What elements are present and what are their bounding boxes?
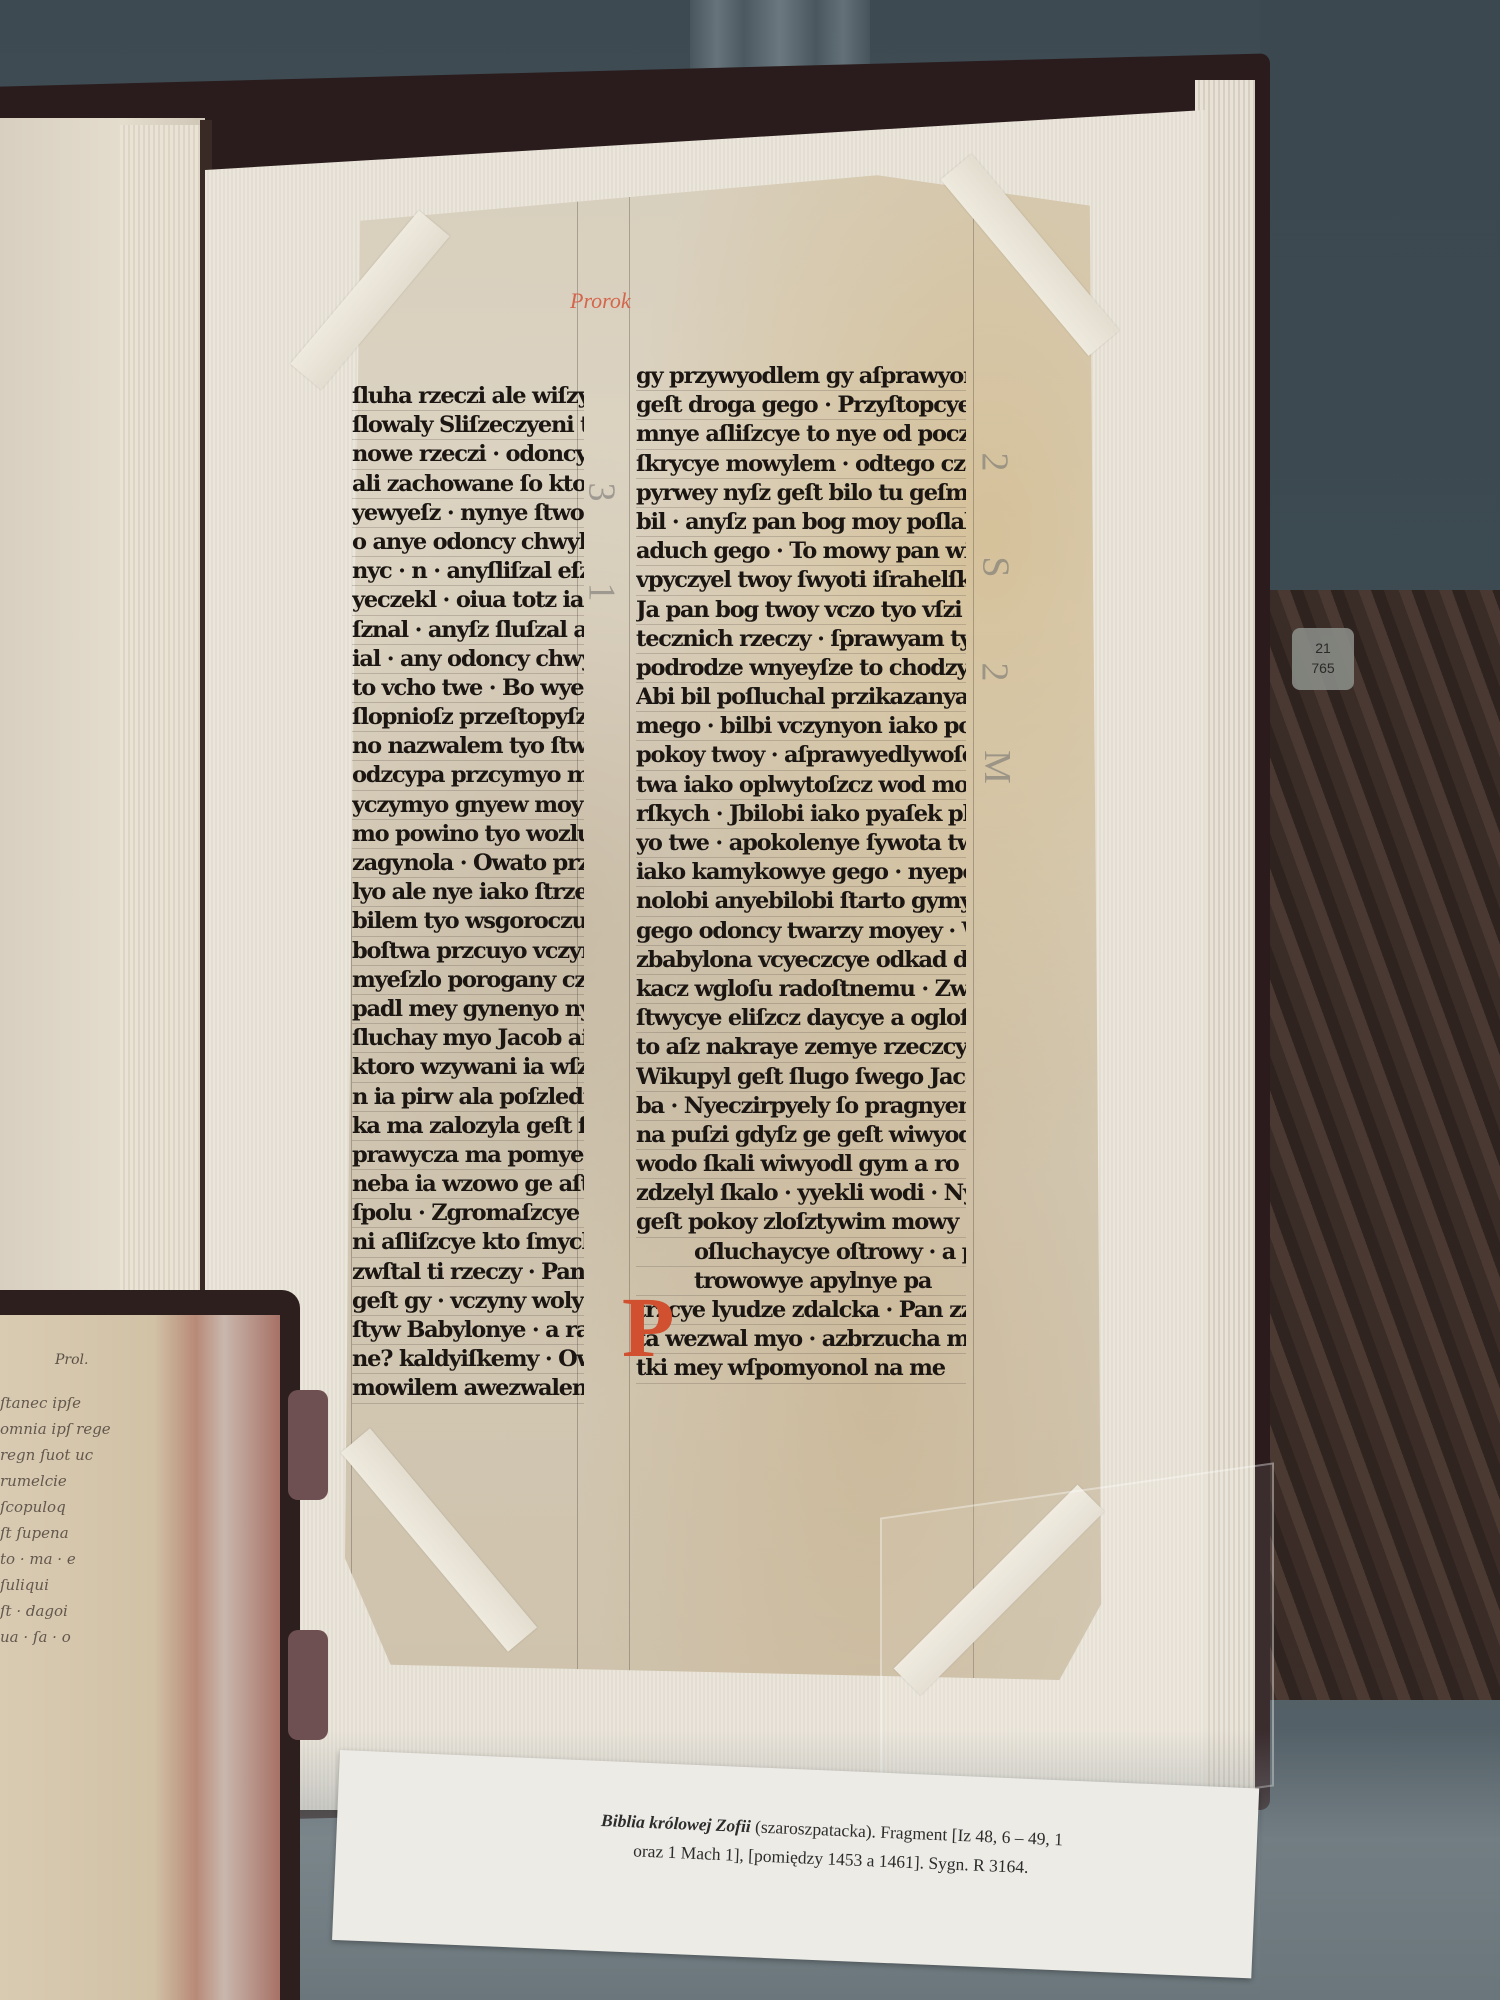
manuscript-line: gy przywyodlem gy aſprawyona xyxy=(636,362,966,391)
small-book-line: ſt · dagoi xyxy=(0,1598,180,1624)
manuscript-line: ſlowaly Sliſzeczyeni tobye xyxy=(352,411,584,440)
shelf-label-line: 21 xyxy=(1292,638,1354,658)
manuscript-line: geſt droga gego · Przyſtopcye ku xyxy=(636,391,966,420)
manuscript-line: n ia pirw ala poſzledny · xyxy=(352,1083,584,1112)
pencil-margin-mark: 2 xyxy=(973,453,1017,472)
small-book-line: ua · ſa · o xyxy=(0,1624,180,1650)
manuscript-line: yczymyo gnyew moy · achw xyxy=(352,791,584,820)
exhibit-caption: Biblia królowej Zofii (szaroszpatacka). … xyxy=(481,1801,1183,1888)
manuscript-line: yeczekl · oiua totz iaſu xyxy=(352,586,584,615)
manuscript-line: geſt pokoy zloſztywim mowy xyxy=(636,1208,966,1237)
manuscript-line: yewyeſz · nynye ſtworzo xyxy=(352,499,584,528)
small-book-text: ſtanec ipſe omnia ipſ rege regn ſuot uc … xyxy=(0,1390,180,1650)
ruling-line xyxy=(629,160,630,1680)
manuscript-line: wodo ſkali wiwyodl gym a ro xyxy=(636,1150,966,1179)
manuscript-line: na puſzi gdyſz ge geſt wiwyodl · xyxy=(636,1121,966,1150)
small-book-line: rumelcie xyxy=(0,1468,180,1494)
manuscript-line: kacz wgloſu radoſtnemu · Zwya xyxy=(636,975,966,1004)
small-book-header: Prol. xyxy=(55,1352,88,1368)
manuscript-line: nowe rzeczi · odoncy chwy xyxy=(352,440,584,469)
manuscript-line: boſtwa przcuyo vczynyo xyxy=(352,937,584,966)
ruling-line xyxy=(973,160,974,1680)
small-book-line: ſuliqui xyxy=(0,1572,180,1598)
manuscript-line: o anye odoncy chwyle pr xyxy=(352,528,584,557)
manuscript-line: trowowye apylnye pa xyxy=(636,1267,966,1296)
manuscript-line: zwſtal ti rzeczy · Pan mylo xyxy=(352,1258,584,1287)
pencil-margin-mark: 2 xyxy=(973,663,1017,682)
manuscript-line: iako kamykowye gego · nyepogy xyxy=(636,858,966,887)
exhibit-scene: 21 765 Prorok ſluha rzeczi ale wiſzyc ny… xyxy=(0,0,1500,2000)
manuscript-line: ali zachowane ſo ktorich xyxy=(352,470,584,499)
manuscript-line: oſluchaycye oſtrowy · a pan xyxy=(636,1238,966,1267)
manuscript-line: ſpolu · Zgromaſzcye ſo wſ xyxy=(352,1199,584,1228)
manuscript-line: ial · any odoncy chwyle ot xyxy=(352,645,584,674)
manuscript-rubric: Prorok xyxy=(570,288,631,314)
manuscript-line: to aſz nakraye zemye rzeczcye · xyxy=(636,1033,966,1062)
manuscript-line: zdzelyl ſkalo · yyekli wodi · Nye xyxy=(636,1179,966,1208)
background-book-shelf-label: 21 765 xyxy=(1292,628,1354,690)
manuscript-line: mego · bilbi vczynyon iako potok xyxy=(636,712,966,741)
manuscript-line: zbabylona vcyeczcye odkad dcyſ xyxy=(636,946,966,975)
small-book-line: regn ſuot uc xyxy=(0,1442,180,1468)
manuscript-line: gego odoncy twarzy moyey · Wiyc xyxy=(636,917,966,946)
manuscript-line: no nazwalem tyo ſtwego xyxy=(352,732,584,761)
exhibit-label-card: Biblia królowej Zofii (szaroszpatacka). … xyxy=(332,1750,1259,1978)
manuscript-line: trzcye lyudze zdalcka · Pan zzywo xyxy=(636,1296,966,1325)
pencil-margin-mark: 3 xyxy=(580,483,624,502)
manuscript-line: mowilem awezwalem xyxy=(352,1374,584,1403)
manuscript-line: ſznal · anyſz ſluſzal anyſz xyxy=(352,616,584,645)
manuscript-line: ſluchay myo Jacob aiſrahel xyxy=(352,1024,584,1053)
manuscript-line: bilem tyo wsgoroczu pye xyxy=(352,907,584,936)
manuscript-line: padl mey gynenyo nyedam xyxy=(352,995,584,1024)
manuscript-line: nolobi anyebilobi ſtarto gymyo xyxy=(636,887,966,916)
manuscript-line: ſkrycye mowylem · odtego czaſu xyxy=(636,450,966,479)
manuscript-line: mo powino tyo wozlu abi xyxy=(352,820,584,849)
manuscript-line: neba ia wzowo ge aſta xyxy=(352,1170,584,1199)
manuscript-left-column: ſluha rzeczi ale wiſzyc nyc ſlowaly Sliſ… xyxy=(352,382,584,1404)
small-book-clasp-strap xyxy=(288,1390,328,1500)
manuscript-line: ba · Nyeczirpyely ſo pragnyenya xyxy=(636,1092,966,1121)
small-book-line: ſtanec ipſe xyxy=(0,1390,180,1416)
manuscript-line: zagynola · Owato prze ſzeg xyxy=(352,849,584,878)
manuscript-line: geſt gy · vczyny wolyo ſwo xyxy=(352,1287,584,1316)
manuscript-line: mnye aſliſzcye to nye od poczotka xyxy=(636,420,966,449)
pencil-margin-mark: S xyxy=(974,556,1018,577)
manuscript-right-column: gy przywyodlem gy aſprawyona geſt droga … xyxy=(636,362,966,1384)
pencil-margin-mark: M xyxy=(975,750,1019,784)
illuminated-initial: P xyxy=(622,1284,675,1370)
small-book-line: omnia ipſ rege xyxy=(0,1416,180,1442)
manuscript-line: ne? kaldyiſkemy · Owa xyxy=(352,1345,584,1374)
manuscript-line: ta wezwal myo · azbrzucha ma xyxy=(636,1325,966,1354)
manuscript-line: Wikupyl geſt ſlugo ſwego Jaco xyxy=(636,1063,966,1092)
manuscript-line: lyo ale nye iako ſtrzebro xyxy=(352,878,584,907)
manuscript-line: bil · anyſz pan bog moy poſlal myo xyxy=(636,508,966,537)
manuscript-line: ktoro wzywani ia wſzitko xyxy=(352,1053,584,1082)
manuscript-line: Ja pan bog twoy vczo tyo vſzi xyxy=(636,596,966,625)
manuscript-line: yo twe · apokolenye ſywota twego xyxy=(636,829,966,858)
manuscript-line: ſtwycye eliſzcz daycye a ogloſzcye xyxy=(636,1004,966,1033)
manuscript-line: prawycza ma pomyerzila geſt xyxy=(352,1141,584,1170)
small-book-clasp-strap xyxy=(288,1630,328,1740)
manuscript-line: nyc · n · anyſliſzal eſz gich xyxy=(352,557,584,586)
small-book-line: ſcopuloq xyxy=(0,1494,180,1520)
manuscript-line: pyrwey nyſz geſt bilo tu geſm xyxy=(636,479,966,508)
small-book-line: ſt ſupena xyxy=(0,1520,180,1546)
manuscript-line: twa iako oplwytoſzcz wod mo xyxy=(636,771,966,800)
small-book-line: to · ma · e xyxy=(0,1546,180,1572)
manuscript-line: tecznich rzeczy · ſprawyam tyo xyxy=(636,625,966,654)
manuscript-line: Abi bil poſluchal przikazanya xyxy=(636,683,966,712)
manuscript-line: ſtyw Babylonye · a ramyo xyxy=(352,1316,584,1345)
shelf-label-line: 765 xyxy=(1292,658,1354,678)
manuscript-line: ni aſliſzcye kto ſmych zw xyxy=(352,1228,584,1257)
caption-title: Biblia królowej Zofii xyxy=(601,1810,751,1836)
background-book xyxy=(1262,590,1500,1700)
manuscript-line: to vcho twe · Bo wyem iſze xyxy=(352,674,584,703)
manuscript-line: podrodze wnyeyſze to chodzyſz xyxy=(636,654,966,683)
manuscript-line: rſkych · Jbilobi iako pyaſek plem xyxy=(636,800,966,829)
manuscript-line: pokoy twoy · aſprawyedlywoſcz xyxy=(636,741,966,770)
manuscript-line: myeſzlo porogany czenye xyxy=(352,966,584,995)
manuscript-line: tki mey wſpomyonol na me xyxy=(636,1354,966,1383)
manuscript-line: aduch gego · To mowy pan wik xyxy=(636,537,966,566)
manuscript-line: odzcypa przcymyo me dale xyxy=(352,761,584,790)
manuscript-line: vpyczyel twoy ſwyoti iſrahelſki xyxy=(636,566,966,595)
manuscript-line: ſlopnioſz przeſtopyſz · aprze xyxy=(352,703,584,732)
manuscript-line: ſluha rzeczi ale wiſzyc nyc xyxy=(352,382,584,411)
manuscript-line: ka ma zalozyla geſt ſzemyo xyxy=(352,1112,584,1141)
pencil-margin-mark: 1 xyxy=(580,583,624,602)
